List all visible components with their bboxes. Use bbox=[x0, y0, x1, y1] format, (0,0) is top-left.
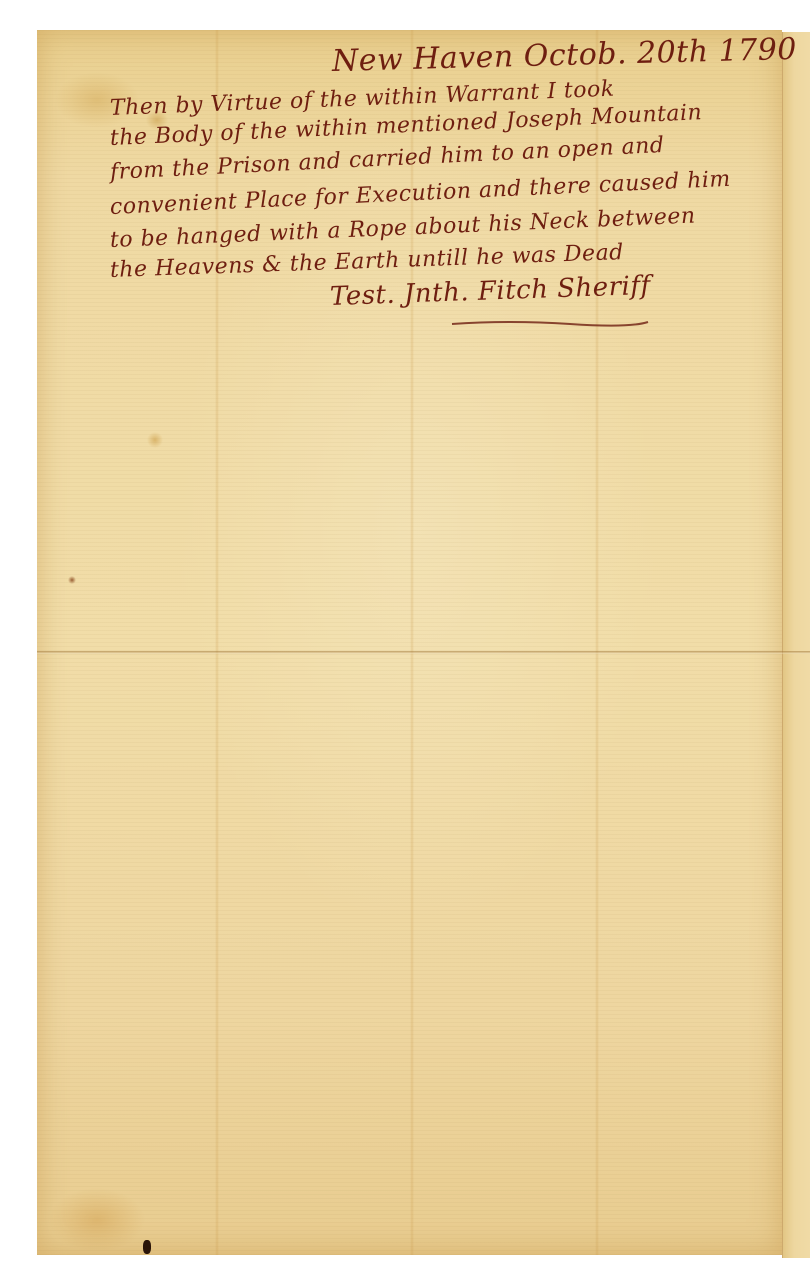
horizontal-fold-line bbox=[37, 651, 810, 654]
ink-blot bbox=[143, 1240, 151, 1254]
vertical-fold-line bbox=[410, 30, 414, 1255]
adjacent-page-edge bbox=[782, 32, 810, 1258]
signature-flourish bbox=[450, 318, 650, 328]
